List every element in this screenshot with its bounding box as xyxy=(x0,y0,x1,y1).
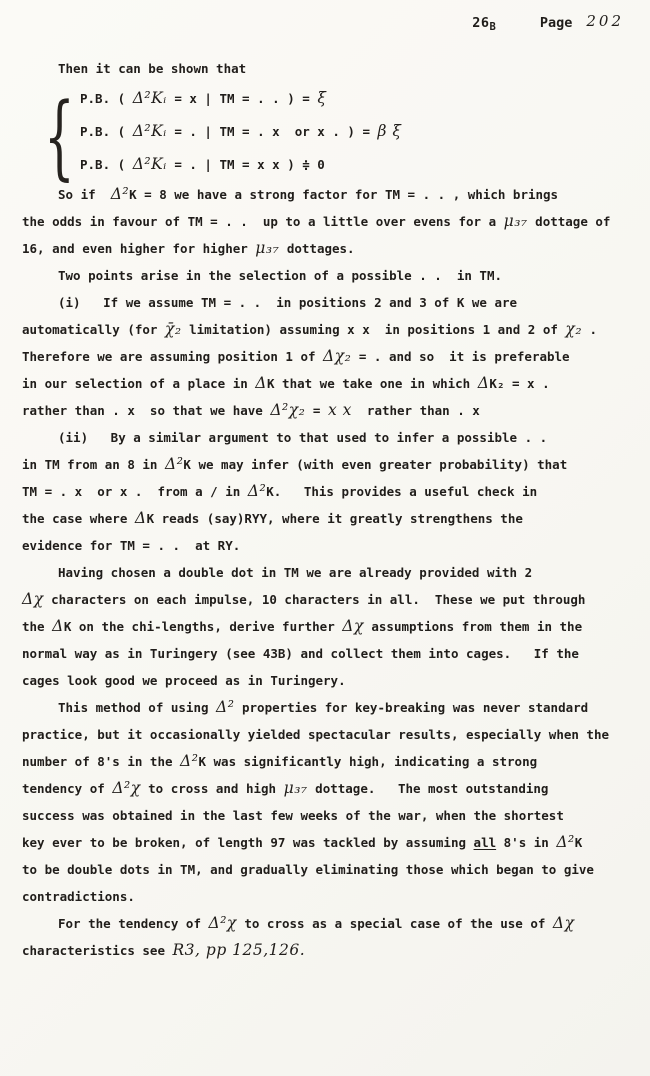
typed-text: TM = . x or x . from a / in xyxy=(22,484,248,499)
handwritten-symbol: Δ²χ xyxy=(209,914,237,932)
typed-text: practice, but it occasionally yielded sp… xyxy=(22,727,609,742)
typed-text: K we may infer (with even greater probab… xyxy=(183,457,567,472)
typed-text: the xyxy=(22,619,52,634)
handwritten-symbol: Δ² xyxy=(180,752,198,770)
typed-text: So if xyxy=(58,187,111,202)
typed-text: to cross as a special case of the use of xyxy=(237,916,553,931)
typed-text: all xyxy=(474,835,497,850)
typed-text: K was significantly high, indicating a s… xyxy=(198,754,537,769)
typed-text: in our selection of a place in xyxy=(22,376,255,391)
typed-text: Having chosen a double dot in TM we are … xyxy=(58,565,532,580)
handwritten-symbol: Δχ₂ xyxy=(323,347,351,365)
typed-text: = . | TM = x x ) ≑ 0 xyxy=(167,157,325,172)
handwritten-symbol: Δ xyxy=(52,617,64,635)
typed-text: K = 8 we have a strong factor for TM = .… xyxy=(129,187,558,202)
typed-text: contradictions. xyxy=(22,889,135,904)
typed-text: This method of using xyxy=(58,700,216,715)
typed-text: (i) If we assume TM = . . in positions 2… xyxy=(58,295,517,310)
handwritten-symbol: Δ² xyxy=(556,833,574,851)
handwritten-symbol: Δ² xyxy=(165,455,183,473)
text-line: the odds in favour of TM = . . up to a l… xyxy=(22,208,636,235)
typed-text: evidence for TM = . . at RY. xyxy=(22,538,240,553)
text-line: Having chosen a double dot in TM we are … xyxy=(22,559,636,586)
typed-text: to be double dots in TM, and gradually e… xyxy=(22,862,594,877)
text-line: Two points arise in the selection of a p… xyxy=(22,262,636,289)
typed-text: K reads (say)RYY, where it greatly stren… xyxy=(147,511,523,526)
text-line: tendency of Δ²χ to cross and high μ₃₇ do… xyxy=(22,775,636,802)
typed-text: = xyxy=(305,403,328,418)
text-line: rather than . x so that we have Δ²χ₂ = x… xyxy=(22,397,636,424)
text-line: automatically (for χ̄₂ limitation) assum… xyxy=(22,316,636,343)
text-line: (ii) By a similar argument to that used … xyxy=(22,424,636,451)
handwritten-symbol: Δ xyxy=(478,374,490,392)
typed-text: = x | TM = . . ) = xyxy=(167,91,318,106)
handwritten-symbol: Δ² xyxy=(111,185,129,203)
handwritten-symbol: β ξ xyxy=(378,122,402,140)
page-label: Page xyxy=(540,15,573,31)
typed-text: = . | TM = . x or x . ) = xyxy=(167,124,378,139)
typed-text: to cross and high xyxy=(141,781,284,796)
typed-text: rather than . x so that we have xyxy=(22,403,270,418)
text-line: So if Δ²K = 8 we have a strong factor fo… xyxy=(22,181,636,208)
typed-text: characteristics see xyxy=(22,943,173,958)
typed-text: dottages. xyxy=(279,241,354,256)
typed-text: tendency of xyxy=(22,781,112,796)
handwritten-symbol: Δχ xyxy=(553,914,575,932)
handwritten-symbol: Δ²Kᵢ xyxy=(133,122,167,140)
handwritten-symbol: Δ²Kᵢ xyxy=(133,155,167,173)
text-line: the case where ΔK reads (say)RYY, where … xyxy=(22,505,636,532)
text-line: Therefore we are assuming position 1 of … xyxy=(22,343,636,370)
handwritten-symbol: Δ²Kᵢ xyxy=(133,89,167,107)
scanned-document-page: 26B Page 202 { Then it can be shown that… xyxy=(0,0,650,1076)
equation-line: P.B. ( Δ²Kᵢ = . | TM = x x ) ≑ 0 xyxy=(22,148,636,181)
typed-text: dottage. The most outstanding xyxy=(308,781,549,796)
equation-line: P.B. ( Δ²Kᵢ = . | TM = . x or x . ) = β … xyxy=(22,115,636,148)
handwritten-symbol: μ₃₇ xyxy=(255,239,279,257)
handwritten-symbol: Δχ xyxy=(22,590,44,608)
typed-text: = . and so it is preferable xyxy=(351,349,569,364)
handwritten-symbol: Δ²χ₂ xyxy=(270,401,305,419)
typed-text: Then it can be shown that xyxy=(58,61,246,76)
typed-text: K on the chi-lengths, derive further xyxy=(64,619,342,634)
text-line: This method of using Δ² properties for k… xyxy=(22,694,636,721)
handwritten-symbol: Δ xyxy=(135,509,147,527)
text-line: contradictions. xyxy=(22,883,636,910)
text-line: in our selection of a place in ΔK that w… xyxy=(22,370,636,397)
handwritten-symbol: μ₃₇ xyxy=(504,212,528,230)
page-header: 26B Page 202 xyxy=(0,13,624,31)
text-line: Then it can be shown that xyxy=(22,55,636,82)
typed-text: assumptions from them in the xyxy=(364,619,582,634)
text-line: Δχ characters on each impulse, 10 charac… xyxy=(22,586,636,613)
typed-text: success was obtained in the last few wee… xyxy=(22,808,564,823)
typed-text: normal way as in Turingery (see 43B) and… xyxy=(22,646,579,661)
text-line: the ΔK on the chi-lengths, derive furthe… xyxy=(22,613,636,640)
typed-text: Two points arise in the selection of a p… xyxy=(58,268,502,283)
handwritten-symbol: Δ²χ xyxy=(112,779,140,797)
typed-text: cages look good we proceed as in Turinge… xyxy=(22,673,346,688)
handwritten-symbol: ξ xyxy=(317,89,326,107)
handwritten-symbol: χ₂ xyxy=(565,320,582,338)
typed-text: the case where xyxy=(22,511,135,526)
handwritten-symbol: x x xyxy=(328,401,352,419)
typed-text: . xyxy=(582,322,597,337)
text-line: (i) If we assume TM = . . in positions 2… xyxy=(22,289,636,316)
typed-text: P.B. ( xyxy=(80,157,133,172)
document-lines: Then it can be shown thatP.B. ( Δ²Kᵢ = x… xyxy=(0,55,650,964)
text-line: cages look good we proceed as in Turinge… xyxy=(22,667,636,694)
handwritten-symbol: χ̄₂ xyxy=(165,320,182,338)
text-line: characteristics see R3, pp 125,126. xyxy=(22,937,636,964)
handwritten-symbol: Δ² xyxy=(248,482,266,500)
text-line: normal way as in Turingery (see 43B) and… xyxy=(22,640,636,667)
typed-text: For the tendency of xyxy=(58,916,209,931)
typed-text: key ever to be broken, of length 97 was … xyxy=(22,835,474,850)
typed-text: number of 8's in the xyxy=(22,754,180,769)
text-line: evidence for TM = . . at RY. xyxy=(22,532,636,559)
typed-text: Therefore we are assuming position 1 of xyxy=(22,349,323,364)
equation-line: P.B. ( Δ²Kᵢ = x | TM = . . ) = ξ xyxy=(22,82,636,115)
handwritten-symbol: Δ² xyxy=(216,698,234,716)
typed-text: P.B. ( xyxy=(80,91,133,106)
page-number-handwritten: 202 xyxy=(586,12,624,30)
text-line: to be double dots in TM, and gradually e… xyxy=(22,856,636,883)
text-line: TM = . x or x . from a / in Δ²K. This pr… xyxy=(22,478,636,505)
text-line: 16, and even higher for higher μ₃₇ dotta… xyxy=(22,235,636,262)
text-line: key ever to be broken, of length 97 was … xyxy=(22,829,636,856)
typed-text: in TM from an 8 in xyxy=(22,457,165,472)
text-line: number of 8's in the Δ²K was significant… xyxy=(22,748,636,775)
typed-text: P.B. ( xyxy=(80,124,133,139)
handwritten-symbol: Δχ xyxy=(342,617,364,635)
typed-text: the odds in favour of TM = . . up to a l… xyxy=(22,214,504,229)
typed-text: limitation) assuming x x in positions 1 … xyxy=(182,322,566,337)
typed-text: K that we take one in which xyxy=(267,376,478,391)
typed-text: rather than . x xyxy=(352,403,480,418)
text-line: in TM from an 8 in Δ²K we may infer (wit… xyxy=(22,451,636,478)
typed-text: K₂ = x . xyxy=(489,376,549,391)
typed-text: (ii) By a similar argument to that used … xyxy=(58,430,547,445)
handwritten-symbol: μ₃₇ xyxy=(284,779,308,797)
typed-text: K xyxy=(575,835,583,850)
handwritten-symbol: R3, pp 125,126. xyxy=(173,941,306,959)
handwritten-symbol: Δ xyxy=(255,374,267,392)
typed-text: properties for key-breaking was never st… xyxy=(234,700,588,715)
typed-text: K. This provides a useful check in xyxy=(266,484,537,499)
section-number: 26 xyxy=(472,15,489,31)
typed-text: characters on each impulse, 10 character… xyxy=(44,592,586,607)
typed-text: 16, and even higher for higher xyxy=(22,241,255,256)
text-line: For the tendency of Δ²χ to cross as a sp… xyxy=(22,910,636,937)
section-letter: B xyxy=(490,21,496,33)
typed-text: automatically (for xyxy=(22,322,165,337)
text-line: success was obtained in the last few wee… xyxy=(22,802,636,829)
typed-text: dottage of xyxy=(528,214,611,229)
typed-text: 8's in xyxy=(496,835,556,850)
text-line: practice, but it occasionally yielded sp… xyxy=(22,721,636,748)
